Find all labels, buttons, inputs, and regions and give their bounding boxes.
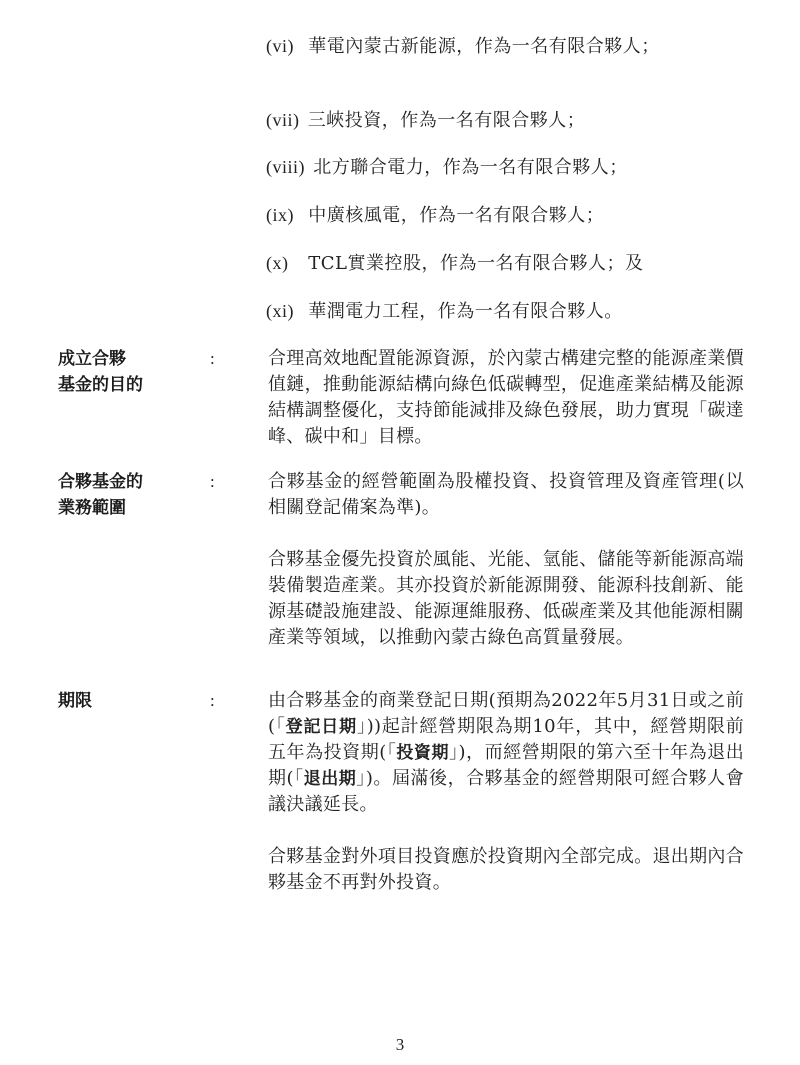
colon-separator: : (210, 469, 215, 495)
list-number: (vi) (266, 33, 302, 59)
paragraph: 合夥基金的經營範圍為股權投資、投資管理及資產管理(以相關登記備案為準)。 (268, 469, 744, 521)
list-text: 中廣核風電，作為一名有限合夥人； (308, 205, 604, 226)
list-number: (xi) (266, 298, 302, 324)
paragraph: 合理高效地配置能源資源，於內蒙古構建完整的能源產業價值鏈，推動能源結構向綠色低碳… (268, 346, 744, 450)
section-content: 由合夥基金的商業登記日期(預期為2022年5月31日或之前(「登記日期」))起計… (268, 688, 744, 896)
list-text: TCL實業控股，作為一名有限合夥人；及 (308, 253, 643, 274)
list-item-viii: (viii) 北方聯合電力，作為一名有限合夥人； (266, 154, 628, 181)
list-text: 北方聯合電力，作為一名有限合夥人； (313, 157, 628, 178)
list-number: (viii) (266, 154, 305, 180)
paragraph: 合夥基金優先投資於風能、光能、氫能、儲能等新能源高端裝備製造產業。其亦投資於新能… (268, 547, 744, 651)
section-label: 成立合夥 基金的目的 (58, 346, 198, 398)
paragraph: 合夥基金對外項目投資應於投資期內全部完成。退出期內合夥基金不再對外投資。 (268, 844, 744, 896)
list-text: 三峽投資，作為一名有限合夥人； (308, 110, 586, 131)
list-item-vii: (vii) 三峽投資，作為一名有限合夥人； (266, 107, 585, 134)
section-label: 合夥基金的 業務範圍 (58, 469, 198, 521)
defined-term: 退出期 (304, 769, 357, 789)
label-line: 基金的目的 (58, 372, 198, 398)
list-text: 華電內蒙古新能源，作為一名有限合夥人； (308, 36, 660, 57)
label-line: 業務範圍 (58, 495, 198, 521)
colon-separator: : (210, 688, 215, 714)
list-number: (vii) (266, 107, 300, 133)
section-label: 期限 (58, 688, 198, 714)
page-number: 3 (0, 1035, 800, 1055)
section-content: 合夥基金的經營範圍為股權投資、投資管理及資產管理(以相關登記備案為準)。 合夥基… (268, 469, 744, 651)
label-line: 合夥基金的 (58, 469, 198, 495)
colon-separator: : (210, 346, 215, 372)
paragraph: 由合夥基金的商業登記日期(預期為2022年5月31日或之前(「登記日期」))起計… (268, 688, 744, 818)
list-text: 華潤電力工程，作為一名有限合夥人。 (308, 301, 623, 322)
list-item-ix: (ix) 中廣核風電，作為一名有限合夥人； (266, 202, 604, 229)
defined-term: 登記日期 (286, 717, 357, 737)
section-content: 合理高效地配置能源資源，於內蒙古構建完整的能源產業價值鏈，推動能源結構向綠色低碳… (268, 346, 744, 450)
list-number: (ix) (266, 202, 302, 228)
defined-term: 投資期 (396, 743, 449, 763)
label-line: 期限 (58, 688, 198, 714)
list-item-xi: (xi) 華潤電力工程，作為一名有限合夥人。 (266, 298, 623, 325)
label-line: 成立合夥 (58, 346, 198, 372)
list-item-vi: (vi) 華電內蒙古新能源，作為一名有限合夥人； (266, 33, 660, 60)
list-item-x: (x) TCL實業控股，作為一名有限合夥人；及 (266, 250, 643, 277)
list-number: (x) (266, 250, 302, 276)
